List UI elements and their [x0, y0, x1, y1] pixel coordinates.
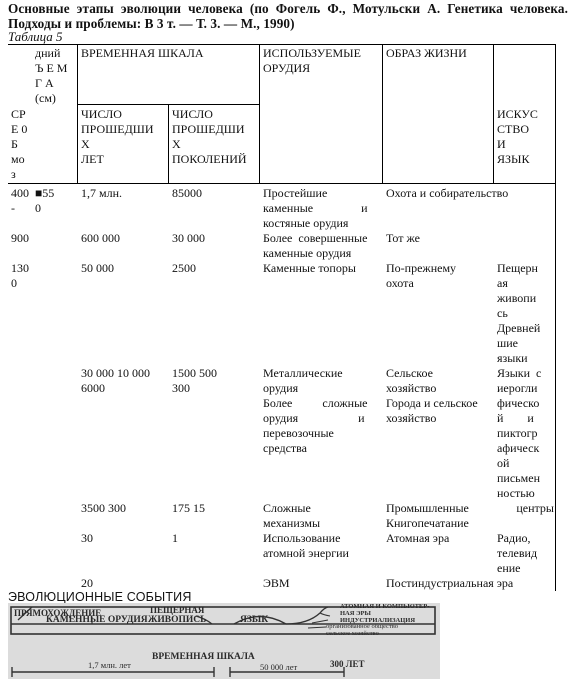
row3-art: Пещерн ая живопи сь Древней шие языки	[497, 261, 555, 366]
document-title: Основные этапы эволюции человека (по Фог…	[8, 1, 568, 31]
row3-lifestyle: По-прежнему охота	[386, 261, 492, 291]
title-line-2: Подходы и проблемы: В 3 т. — Т. 3. — М.,…	[8, 16, 568, 31]
label-organized-society: организованное общество	[326, 623, 398, 630]
header-generations-passed: ЧИСЛО ПРОШЕДШИ Х ПОКОЛЕНИЙ	[172, 107, 258, 167]
row5-lifestyle: Промышленные Книгопечатание	[386, 501, 496, 531]
label-stone-tools: КАМЕННЫЕ ОРУДИЯ	[46, 615, 148, 625]
row7-tools: ЭВМ	[263, 576, 385, 591]
header-art-language: ИСКУС СТВО И ЯЗЫК	[497, 107, 553, 167]
title-line-1: Основные этапы эволюции человека (по Фог…	[8, 1, 568, 16]
label-atomic-1: АТОМНАЯ И КОМПЬЮТЕР-	[340, 603, 429, 610]
col-divider-5	[493, 44, 494, 184]
row2-generations: 30 000	[172, 231, 258, 246]
row6-art: Радио, телевид ение	[497, 531, 555, 576]
table-top-border	[8, 44, 555, 45]
col-divider-1	[77, 44, 78, 184]
row4-art: Языки с иерогли фическо й и пиктогр афич…	[497, 366, 555, 501]
row7-lifestyle: Постиндустриальная эра	[386, 576, 554, 591]
header-lifestyle: ОБРАЗ ЖИЗНИ	[386, 46, 492, 61]
row4-generations: 1500 500 300	[172, 366, 258, 396]
row3-generations: 2500	[172, 261, 258, 276]
row6-generations: 1	[172, 531, 258, 546]
label-timescale: ВРЕМЕННАЯ ШКАЛА	[152, 652, 255, 662]
label-agriculture: сельское хозяйство	[326, 630, 379, 637]
row2-brain: 900	[11, 231, 51, 246]
row6-tools: Использование атомной энергии	[263, 531, 385, 561]
row6-lifestyle: Атомная эра	[386, 531, 492, 546]
header-bottom-border	[8, 183, 555, 184]
header-timescale: ВРЕМЕННАЯ ШКАЛА	[81, 46, 257, 61]
evolution-events-figure: ПРЯМОХОЖДЕНИЕ КАМЕННЫЕ ОРУДИЯ ПЕЩЕРНАЯ Ж…	[8, 603, 440, 679]
row1-tools: Простейшие каменные и костяные орудия	[263, 186, 385, 231]
label-language: ЯЗЫК	[240, 615, 268, 625]
row7-years: 20	[81, 576, 169, 591]
col-divider-2	[168, 104, 169, 184]
row5-tools: Сложные механизмы	[263, 501, 385, 531]
label-span-1-7-million: 1,7 млн. лет	[88, 660, 131, 670]
row5-years: 3500 300	[81, 501, 169, 516]
row4-tools: Металлические орудия Более сложные оруди…	[263, 366, 385, 456]
col-divider-4	[382, 44, 383, 184]
header-brain-volume-bottom: СР Е 0 Б мо з	[11, 107, 41, 182]
row5-generations: 175 15	[172, 501, 258, 516]
row3-brain: 130 0	[11, 261, 41, 291]
row4-years: 30 000 10 000 6000	[81, 366, 173, 396]
row5-lifestyle-extra: центры	[508, 501, 554, 516]
row2-lifestyle: Тот же	[386, 231, 492, 246]
row1-lifestyle: Охота и собирательство	[386, 186, 554, 201]
row1-brain2: ■55 0	[35, 186, 75, 216]
col-divider-3	[259, 44, 260, 184]
row2-years: 600 000	[81, 231, 169, 246]
label-cave-painting-2: ЖИВОПИСЬ	[148, 615, 206, 625]
row1-brain: 400 -	[11, 186, 35, 216]
header-tools: ИСПОЛЬЗУЕМЫЕ ОРУДИЯ	[263, 46, 381, 76]
header-years-passed: ЧИСЛО ПРОШЕДШИ Х ЛЕТ	[81, 107, 167, 167]
row3-years: 50 000	[81, 261, 169, 276]
label-atomic-2: НАЯ ЭРЫ	[340, 610, 371, 617]
row6-years: 30	[81, 531, 169, 546]
table-caption: Таблица 5	[8, 30, 63, 43]
header-brain-volume-top: дний Ъ Е М Г А (см)	[35, 46, 77, 106]
row4-lifestyle: Сельское хозяйство Города и сельское хоз…	[386, 366, 498, 426]
row2-tools: Более совершенные каменные орудия	[263, 231, 385, 261]
label-span-300: 300 ЛЕТ	[330, 659, 364, 669]
table-right-border	[555, 44, 556, 591]
row1-generations: 85000	[172, 186, 258, 201]
row3-tools: Каменные топоры	[263, 261, 385, 276]
label-cave-painting-1: ПЕЩЕРНАЯ	[150, 605, 204, 615]
row1-years: 1,7 млн.	[81, 186, 169, 201]
label-span-50000: 50 000 лет	[260, 662, 297, 672]
